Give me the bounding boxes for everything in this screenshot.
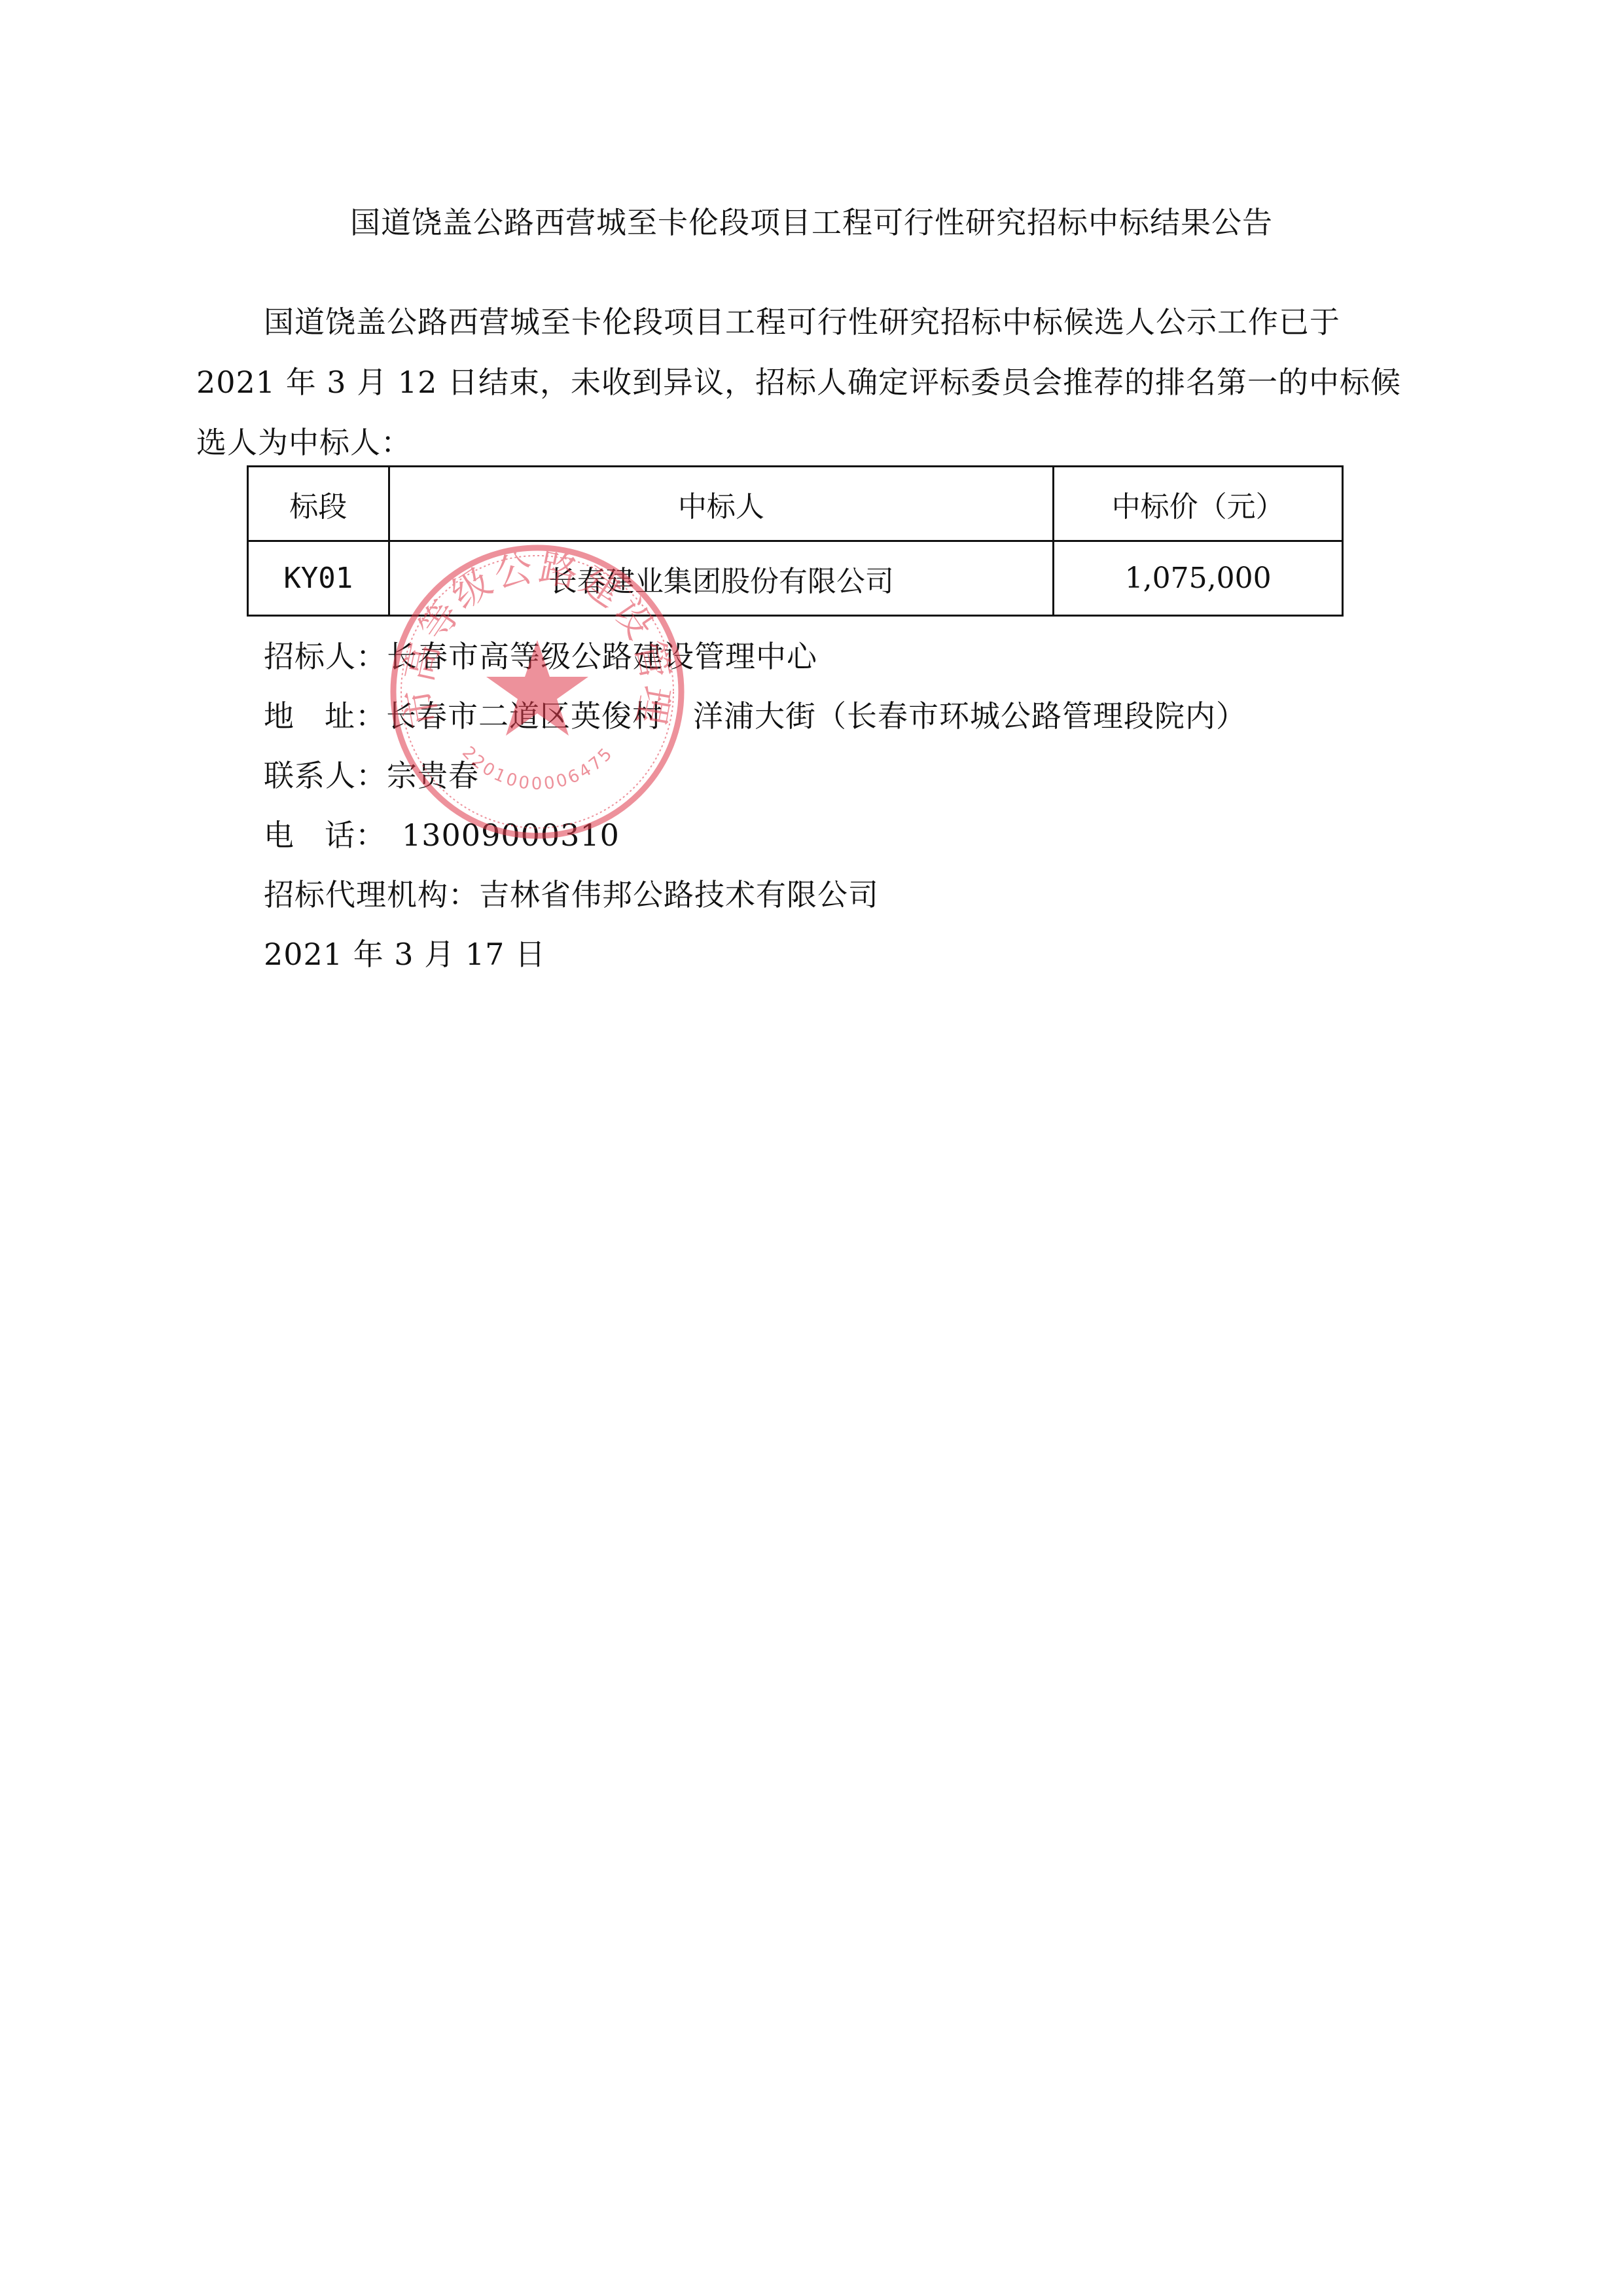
table-row: KY01 长春建业集团股份有限公司 1,075,000: [248, 541, 1343, 616]
address-value-2: 洋浦大街（长春市环城公路管理段院内）: [693, 698, 1247, 734]
contact-value: 宗贵春: [387, 758, 479, 793]
paragraph-line-2: 2021 年 3 月 12 日结束，未收到异议，招标人确定评标委员会推荐的排名第…: [196, 352, 1440, 412]
cell-segment: KY01: [248, 541, 389, 616]
announcement-paragraph: 国道饶盖公路西营城至卡伦段项目工程可行性研究招标中标候选人公示工作已于 2021…: [196, 292, 1440, 473]
agency-line: 招标代理机构：吉林省伟邦公路技术有限公司: [264, 865, 1247, 925]
document-title: 国道饶盖公路西营城至卡伦段项目工程可行性研究招标中标结果公告: [0, 200, 1623, 245]
contact-label: 联系人：: [264, 758, 387, 793]
phone-line: 电话：13009000310: [264, 806, 1247, 865]
cell-price: 1,075,000: [1054, 541, 1343, 616]
agency-label: 招标代理机构：: [264, 877, 479, 912]
paragraph-line-3: 选人为中标人：: [196, 412, 1440, 473]
contact-line: 联系人：宗贵春: [264, 746, 1247, 806]
phone-label-2: 话：: [325, 817, 386, 853]
cell-winner: 长春建业集团股份有限公司: [389, 541, 1054, 616]
header-winner: 中标人: [389, 467, 1054, 541]
table-header-row: 标段 中标人 中标价（元）: [248, 467, 1343, 541]
phone-label-1: 电: [264, 817, 294, 853]
header-segment: 标段: [248, 467, 389, 541]
tenderer-value: 长春市高等级公路建设管理中心: [387, 639, 817, 674]
address-line: 地址：长春市二道区英俊村洋浦大街（长春市环城公路管理段院内）: [264, 687, 1247, 746]
phone-value: 13009000310: [402, 817, 620, 853]
agency-value: 吉林省伟邦公路技术有限公司: [479, 877, 879, 912]
tenderer-line: 招标人：长春市高等级公路建设管理中心: [264, 627, 1247, 687]
tenderer-label: 招标人：: [264, 639, 387, 674]
winning-bid-table: 标段 中标人 中标价（元） KY01 长春建业集团股份有限公司 1,075,00…: [247, 465, 1344, 617]
date-line: 2021 年 3 月 17 日: [264, 925, 1247, 984]
contact-info: 招标人：长春市高等级公路建设管理中心 地址：长春市二道区英俊村洋浦大街（长春市环…: [264, 627, 1247, 984]
address-label-2: 址：: [325, 698, 386, 734]
paragraph-line-1: 国道饶盖公路西营城至卡伦段项目工程可行性研究招标中标候选人公示工作已于: [196, 292, 1440, 352]
header-price: 中标价（元）: [1054, 467, 1343, 541]
address-value-1: 长春市二道区英俊村: [386, 698, 663, 734]
address-label-1: 地: [264, 698, 294, 734]
